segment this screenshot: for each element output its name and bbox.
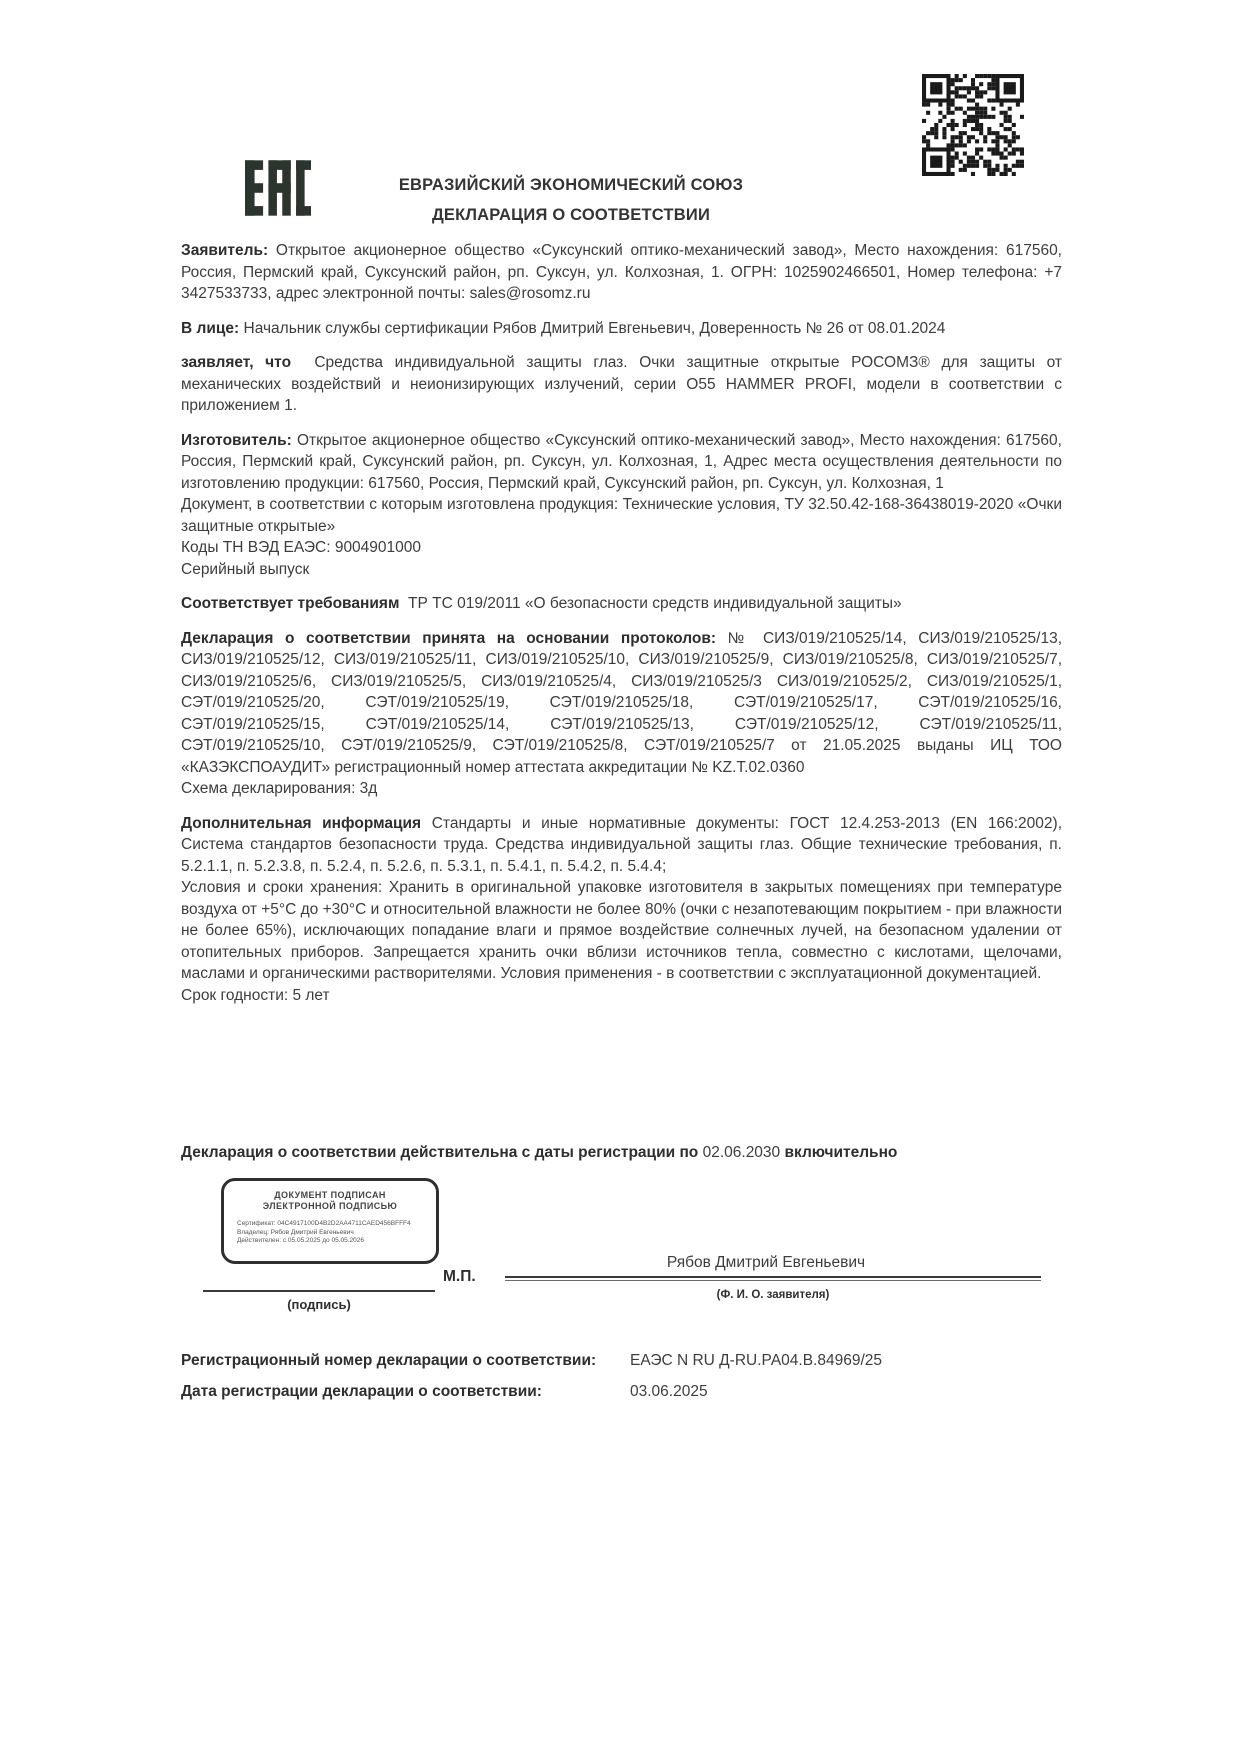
seal-place-label: М.П. — [443, 1266, 476, 1288]
protocols-text: № СИЗ/019/210525/14, СИЗ/019/210525/13, … — [181, 630, 1062, 776]
stamp-certificate-line: Сертификат: 04C4917100D4B2D2AA4711CAED45… — [237, 1220, 436, 1229]
declares-text: Средства индивидуальной защиты глаз. Очк… — [181, 354, 1062, 414]
protocols-paragraph: Декларация о соответствии принята на осн… — [181, 628, 1062, 800]
signer-name: Рябов Дмитрий Евгеньевич — [511, 1252, 1021, 1274]
manufacturer-document-line: Документ, в соответствии с которым изгот… — [181, 494, 1062, 537]
registration-number-row: Регистрационный номер декларации о соотв… — [181, 1350, 1062, 1372]
union-title: ЕВРАЗИЙСКИЙ ЭКОНОМИЧЕСКИЙ СОЮЗ — [181, 176, 961, 195]
complies-paragraph: Соответствует требованиям ТР ТС 019/2011… — [181, 593, 1062, 615]
storage-conditions-text: Условия и сроки хранения: Хранить в ориг… — [181, 877, 1062, 985]
stamp-valid-line: Действителен: с 05.05.2025 до 05.05.2026 — [237, 1237, 436, 1246]
declares-label: заявляет, что — [181, 354, 291, 371]
document-title: ДЕКЛАРАЦИЯ О СООТВЕТСТВИИ — [181, 206, 961, 225]
in-person-paragraph: В лице: Начальник службы сертификации Ря… — [181, 318, 1062, 340]
manufacturer-paragraph: Изготовитель: Открытое акционерное общес… — [181, 430, 1062, 581]
signature-section: Декларация о соответствии действительна … — [181, 1142, 1062, 1403]
stamp-owner-line: Владелец: Рябов Дмитрий Евгеньевич — [237, 1229, 436, 1238]
registration-date-value: 03.06.2025 — [630, 1381, 708, 1403]
tnved-code-line: Коды ТН ВЭД ЕАЭС: 9004901000 — [181, 537, 1062, 559]
name-line-secondary — [505, 1280, 1041, 1281]
registration-date-row: Дата регистрации декларации о соответств… — [181, 1381, 1062, 1403]
name-line — [505, 1276, 1041, 1278]
signature-line — [203, 1290, 435, 1292]
stamp-title-line2: ЭЛЕКТРОННОЙ ПОДПИСЬЮ — [224, 1201, 436, 1212]
manufacturer-label: Изготовитель: — [181, 432, 292, 449]
protocols-label: Декларация о соответствии принята на осн… — [181, 630, 716, 647]
manufacturer-text: Открытое акционерное общество «Суксунски… — [181, 432, 1062, 492]
declares-paragraph: заявляет, что Средства индивидуальной за… — [181, 352, 1062, 417]
additional-info-label: Дополнительная информация — [181, 815, 421, 832]
in-person-text: Начальник службы сертификации Рябов Дмит… — [244, 320, 946, 337]
document-body: Заявитель: Открытое акционерное общество… — [181, 240, 1062, 1019]
validity-statement: Декларация о соответствии действительна … — [181, 1142, 1062, 1164]
registration-number-value: ЕАЭС N RU Д-RU.РА04.В.84969/25 — [630, 1350, 882, 1372]
registration-date-label: Дата регистрации декларации о соответств… — [181, 1381, 630, 1403]
applicant-text: Открытое акционерное общество «Суксунски… — [181, 242, 1062, 302]
validity-date: 02.06.2030 — [703, 1144, 781, 1161]
complies-label: Соответствует требованиям — [181, 595, 399, 612]
registration-number-label: Регистрационный номер декларации о соотв… — [181, 1350, 630, 1372]
name-caption: (Ф. И. О. заявителя) — [505, 1284, 1041, 1306]
signature-caption: (подпись) — [203, 1294, 435, 1316]
applicant-paragraph: Заявитель: Открытое акционерное общество… — [181, 240, 1062, 305]
declaration-document: ЕВРАЗИЙСКИЙ ЭКОНОМИЧЕСКИЙ СОЮЗ ДЕКЛАРАЦИ… — [0, 0, 1241, 1755]
in-person-label: В лице: — [181, 320, 239, 337]
stamp-title-line1: ДОКУМЕНТ ПОДПИСАН — [224, 1190, 436, 1201]
complies-text: ТР ТС 019/2011 «О безопасности средств и… — [408, 595, 902, 612]
digital-signature-stamp: ДОКУМЕНТ ПОДПИСАН ЭЛЕКТРОННОЙ ПОДПИСЬЮ С… — [221, 1178, 439, 1264]
declaration-scheme-line: Схема декларирования: 3д — [181, 778, 1062, 800]
shelf-life-line: Срок годности: 5 лет — [181, 985, 1062, 1007]
additional-info-paragraph: Дополнительная информация Стандарты и ин… — [181, 813, 1062, 1007]
serial-release-line: Серийный выпуск — [181, 559, 1062, 581]
applicant-label: Заявитель: — [181, 242, 268, 259]
qr-code-icon — [922, 74, 1024, 176]
